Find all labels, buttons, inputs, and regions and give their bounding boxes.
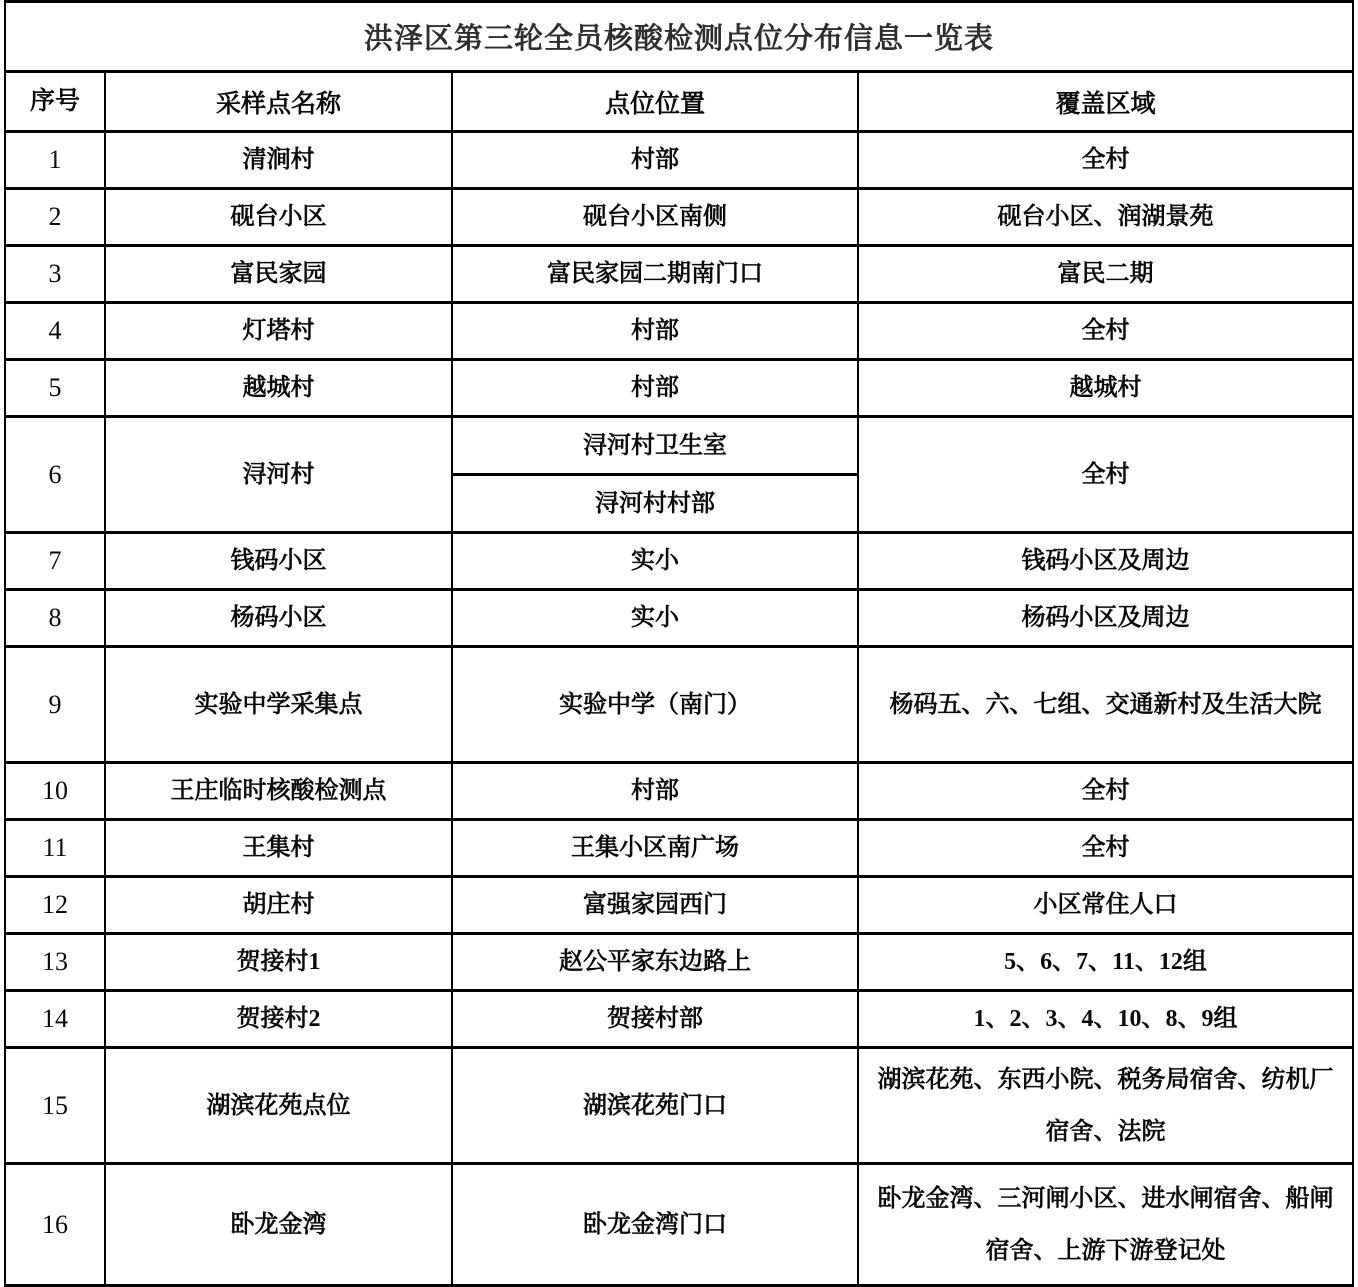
table-row: 5 越城村 村部 越城村	[5, 360, 1353, 417]
testing-points-table: 洪泽区第三轮全员核酸检测点位分布信息一览表 序号 采样点名称 点位位置 覆盖区域…	[4, 0, 1354, 1284]
cell-serial: 1	[5, 132, 105, 189]
cell-site-name: 湖滨花苑点位	[105, 1048, 452, 1164]
table-row: 3 富民家园 富民家园二期南门口 富民二期	[5, 246, 1353, 303]
cell-site-name: 贺接村2	[105, 991, 452, 1048]
cell-coverage: 全村	[858, 763, 1353, 820]
cell-location: 实小	[452, 590, 858, 647]
cell-serial: 9	[5, 647, 105, 763]
cell-location: 实验中学（南门）	[452, 647, 858, 763]
title-row: 洪泽区第三轮全员核酸检测点位分布信息一览表	[5, 2, 1353, 72]
cell-site-name: 卧龙金湾	[105, 1164, 452, 1285]
cell-coverage: 杨码小区及周边	[858, 590, 1353, 647]
cell-location: 砚台小区南侧	[452, 189, 858, 246]
cell-serial: 14	[5, 991, 105, 1048]
cell-site-name: 实验中学采集点	[105, 647, 452, 763]
cell-location: 贺接村部	[452, 991, 858, 1048]
cell-location: 村部	[452, 303, 858, 360]
table-row: 13 贺接村1 赵公平家东边路上 5、6、7、11、12组	[5, 934, 1353, 991]
cell-coverage: 全村	[858, 820, 1353, 877]
table-row: 7 钱码小区 实小 钱码小区及周边	[5, 533, 1353, 590]
cell-site-name: 灯塔村	[105, 303, 452, 360]
cell-location: 富民家园二期南门口	[452, 246, 858, 303]
table-row: 16 卧龙金湾 卧龙金湾门口 卧龙金湾、三河闸小区、进水闸宿舍、船闸宿舍、上游下…	[5, 1164, 1353, 1285]
column-header-site-name: 采样点名称	[105, 72, 452, 132]
table-row: 11 王集村 王集小区南广场 全村	[5, 820, 1353, 877]
cell-location: 浔河村卫生室	[452, 417, 858, 475]
cell-coverage: 全村	[858, 417, 1353, 533]
table-row: 6 浔河村 浔河村卫生室 全村	[5, 417, 1353, 475]
cell-location: 富强家园西门	[452, 877, 858, 934]
cell-location-2: 浔河村村部	[452, 475, 858, 533]
table-row: 12 胡庄村 富强家园西门 小区常住人口	[5, 877, 1353, 934]
cell-site-name: 杨码小区	[105, 590, 452, 647]
cell-coverage: 钱码小区及周边	[858, 533, 1353, 590]
table-row: 9 实验中学采集点 实验中学（南门） 杨码五、六、七组、交通新村及生活大院	[5, 647, 1353, 763]
cell-coverage: 杨码五、六、七组、交通新村及生活大院	[858, 647, 1353, 763]
cell-site-name: 浔河村	[105, 417, 452, 533]
cell-site-name: 砚台小区	[105, 189, 452, 246]
cell-serial: 6	[5, 417, 105, 533]
cell-coverage: 砚台小区、润湖景苑	[858, 189, 1353, 246]
cell-coverage: 全村	[858, 303, 1353, 360]
cell-location: 村部	[452, 132, 858, 189]
cell-site-name: 贺接村1	[105, 934, 452, 991]
cell-coverage: 小区常住人口	[858, 877, 1353, 934]
cell-location: 湖滨花苑门口	[452, 1048, 858, 1164]
cell-serial: 7	[5, 533, 105, 590]
cell-location: 村部	[452, 360, 858, 417]
table-row: 14 贺接村2 贺接村部 1、2、3、4、10、8、9组	[5, 991, 1353, 1048]
cell-location: 卧龙金湾门口	[452, 1164, 858, 1285]
table-title: 洪泽区第三轮全员核酸检测点位分布信息一览表	[5, 2, 1353, 72]
cell-serial: 5	[5, 360, 105, 417]
column-header-serial: 序号	[5, 72, 105, 132]
cell-serial: 4	[5, 303, 105, 360]
table-row: 10 王庄临时核酸检测点 村部 全村	[5, 763, 1353, 820]
cell-serial: 11	[5, 820, 105, 877]
cell-location: 实小	[452, 533, 858, 590]
cell-serial: 2	[5, 189, 105, 246]
cell-serial: 8	[5, 590, 105, 647]
cell-serial: 10	[5, 763, 105, 820]
cell-serial: 12	[5, 877, 105, 934]
cell-site-name: 王庄临时核酸检测点	[105, 763, 452, 820]
column-header-coverage: 覆盖区域	[858, 72, 1353, 132]
header-row: 序号 采样点名称 点位位置 覆盖区域	[5, 72, 1353, 132]
cell-coverage: 湖滨花苑、东西小院、税务局宿舍、纺机厂宿舍、法院	[858, 1048, 1353, 1164]
cell-site-name: 钱码小区	[105, 533, 452, 590]
cell-coverage: 5、6、7、11、12组	[858, 934, 1353, 991]
cell-serial: 16	[5, 1164, 105, 1285]
cell-coverage: 全村	[858, 132, 1353, 189]
table-row: 15 湖滨花苑点位 湖滨花苑门口 湖滨花苑、东西小院、税务局宿舍、纺机厂宿舍、法…	[5, 1048, 1353, 1164]
table-row: 1 清涧村 村部 全村	[5, 132, 1353, 189]
table-row: 8 杨码小区 实小 杨码小区及周边	[5, 590, 1353, 647]
table-row: 2 砚台小区 砚台小区南侧 砚台小区、润湖景苑	[5, 189, 1353, 246]
column-header-location: 点位位置	[452, 72, 858, 132]
cell-site-name: 胡庄村	[105, 877, 452, 934]
cell-location: 村部	[452, 763, 858, 820]
cell-location: 赵公平家东边路上	[452, 934, 858, 991]
cell-serial: 13	[5, 934, 105, 991]
cell-site-name: 清涧村	[105, 132, 452, 189]
cell-serial: 15	[5, 1048, 105, 1164]
cell-site-name: 富民家园	[105, 246, 452, 303]
cell-serial: 3	[5, 246, 105, 303]
cell-coverage: 1、2、3、4、10、8、9组	[858, 991, 1353, 1048]
cell-site-name: 王集村	[105, 820, 452, 877]
table-row: 4 灯塔村 村部 全村	[5, 303, 1353, 360]
cell-coverage: 卧龙金湾、三河闸小区、进水闸宿舍、船闸宿舍、上游下游登记处	[858, 1164, 1353, 1285]
cell-coverage: 越城村	[858, 360, 1353, 417]
document-sheet: 洪泽区第三轮全员核酸检测点位分布信息一览表 序号 采样点名称 点位位置 覆盖区域…	[4, 0, 1352, 1284]
cell-location: 王集小区南广场	[452, 820, 858, 877]
cell-site-name: 越城村	[105, 360, 452, 417]
cell-coverage: 富民二期	[858, 246, 1353, 303]
